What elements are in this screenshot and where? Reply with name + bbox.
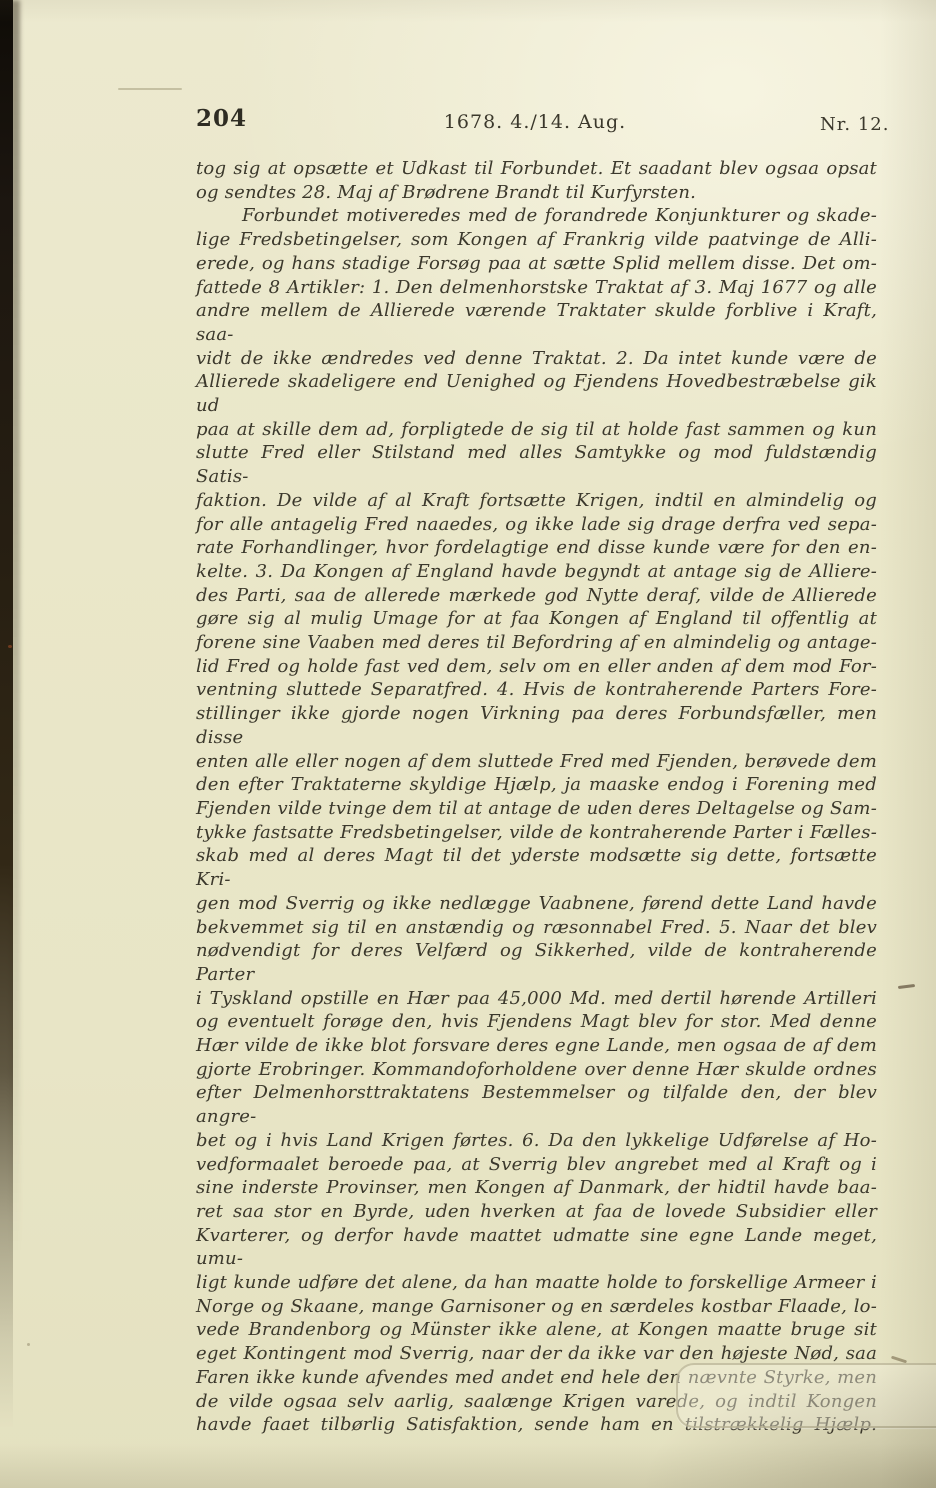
body-text-line: kelte. 3. Da Kongen af England havde beg… <box>196 560 877 584</box>
body-text-line: ventning sluttede Separatfred. 4. Hvis d… <box>196 678 877 702</box>
body-text-line: den efter Traktaterne skyldige Hjælp, ja… <box>196 773 877 797</box>
body-text-line: gøre sig al mulig Umage for at faa Konge… <box>196 607 877 631</box>
body-text-line: andre mellem de Allierede værende Trakta… <box>196 299 877 346</box>
body-text-line: Forbundet motiveredes med de forandrede … <box>196 204 877 228</box>
body-text-line: tog sig at opsætte et Udkast til Forbund… <box>196 157 877 181</box>
body-text-line: Kvarterer, og derfor havde maattet udmat… <box>196 1224 877 1271</box>
body-text-line: vedformaalet beroede paa, at Sverrig ble… <box>196 1153 877 1177</box>
body-text-line: paa at skille dem ad, forpligtede de sig… <box>196 418 877 442</box>
body-text-line: vidt de ikke ændredes ved denne Traktat.… <box>196 347 877 371</box>
body-text-line: lid Fred og holde fast ved dem, selv om … <box>196 655 877 679</box>
body-text-line: gjorte Erobringer. Kommandoforholdene ov… <box>196 1058 877 1082</box>
body-text-line: Norge og Skaane, mange Garnisoner og en … <box>196 1295 877 1319</box>
body-text-line: ligt kunde udføre det alene, da han maat… <box>196 1271 877 1295</box>
margin-dash-mark <box>898 984 915 989</box>
body-text-line: skab med al deres Magt til det yderste m… <box>196 844 877 891</box>
book-gutter-shadow <box>0 0 13 1488</box>
body-text-line: stillinger ikke gjorde nogen Virkning pa… <box>196 702 877 749</box>
embossed-label-outline <box>676 1363 936 1428</box>
body-text-line: lige Fredsbetingelser, som Kongen af Fra… <box>196 228 877 252</box>
body-text-line: des Parti, saa de allerede mærkede god N… <box>196 584 877 608</box>
body-text-line: enten alle eller nogen af dem sluttede F… <box>196 750 877 774</box>
body-text-line: slutte Fred eller Stilstand med alles Sa… <box>196 441 877 488</box>
paper-speck <box>27 1343 30 1346</box>
running-head-date: 1678. 4./14. Aug. <box>444 111 626 133</box>
scan-scratch-artifact <box>118 88 182 90</box>
body-text-line: forene sine Vaaben med deres til Befordr… <box>196 631 877 655</box>
document-number: Nr. 12. <box>820 114 889 135</box>
body-text-line: og sendtes 28. Maj af Brødrene Brandt ti… <box>196 181 877 205</box>
body-text-line: efter Delmenhorsttraktatens Bestemmelser… <box>196 1081 877 1128</box>
body-text-line: og eventuelt forøge den, hvis Fjendens M… <box>196 1010 877 1034</box>
body-text-line: bekvemmet sig til en anstændig og ræsonn… <box>196 916 877 940</box>
body-text-line: Fjenden vilde tvinge dem til at antage d… <box>196 797 877 821</box>
body-text-line: i Tyskland opstille en Hær paa 45,000 Md… <box>196 987 877 1011</box>
page-number: 204 <box>196 105 247 132</box>
body-text-line: bet og i hvis Land Krigen førtes. 6. Da … <box>196 1129 877 1153</box>
body-text-line: Allierede skadeligere end Uenighed og Fj… <box>196 370 877 417</box>
body-text-line: Hær vilde de ikke blot forsvare deres eg… <box>196 1034 877 1058</box>
body-text-line: nødvendigt for deres Velfærd og Sikkerhe… <box>196 939 877 986</box>
body-text-line: for alle antagelig Fred naaedes, og ikke… <box>196 513 877 537</box>
book-page-scan: 204 1678. 4./14. Aug. Nr. 12. tog sig at… <box>0 0 936 1488</box>
body-text-line: gen mod Sverrig og ikke nedlægge Vaabnen… <box>196 892 877 916</box>
paper-speck <box>8 645 12 648</box>
body-text-line: erede, og hans stadige Forsøg paa at sæt… <box>196 252 877 276</box>
body-text: tog sig at opsætte et Udkast til Forbund… <box>196 157 877 1437</box>
body-text-line: tykke fastsatte Fredsbetingelser, vilde … <box>196 821 877 845</box>
body-text-line: faktion. De vilde af al Kraft fortsætte … <box>196 489 877 513</box>
body-text-line: vede Brandenborg og Münster ikke alene, … <box>196 1318 877 1342</box>
body-text-line: rate Forhandlinger, hvor fordelagtige en… <box>196 536 877 560</box>
body-text-line: fattede 8 Artikler: 1. Den delmenhorstsk… <box>196 276 877 300</box>
body-text-line: ret saa stor en Byrde, uden hverken at f… <box>196 1200 877 1224</box>
body-text-line: sine inderste Provinser, men Kongen af D… <box>196 1176 877 1200</box>
